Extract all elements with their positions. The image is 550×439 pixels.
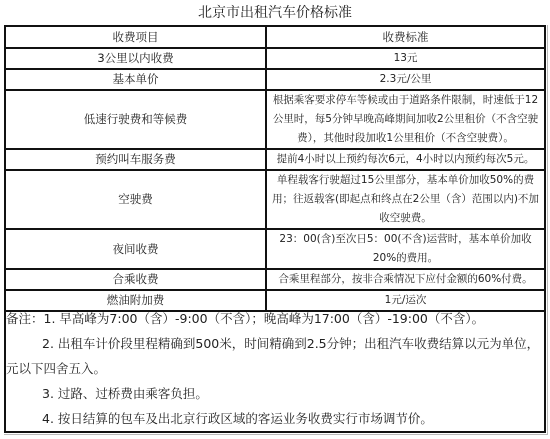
note-2: 2. 出租车计价段里程精确到500米，时间精确到2.5分钟；出租汽车收费结算以元…: [6, 331, 542, 356]
fee-item: 夜间收费: [5, 229, 266, 269]
note-4: 4. 按日结算的包车及出北京行政区域的客运业务收费实行市场调节价。: [6, 406, 542, 431]
note-1: 1. 早高峰为7:00（含）-9:00（不含）；晚高峰为17:00（含）-19:…: [44, 311, 485, 326]
fee-standard: 合乘里程部分，按非合乘情况下应付金额的60%付费。: [266, 269, 545, 290]
table-row: 预约叫车服务费 提前4小时以上预约每次6元，4小时以内预约每次5元。: [5, 149, 545, 170]
fee-item: 预约叫车服务费: [5, 149, 266, 170]
note-2-continued: 元以下四舍五入。: [6, 356, 542, 381]
fee-item: 3公里以内收费: [5, 48, 266, 69]
table-row: 夜间收费 23：00(含)至次日5：00(不含)运营时，基本单价加收20%的费用…: [5, 229, 545, 269]
note-3: 3. 过路、过桥费由乘客负担。: [6, 381, 542, 406]
fee-standard: 单程载客行驶超过15公里部分，基本单价加收50%的费用；往返载客(即起点和终点在…: [266, 170, 545, 229]
table-row: 空驶费 单程载客行驶超过15公里部分，基本单价加收50%的费用；往返载客(即起点…: [5, 170, 545, 229]
header-item: 收费项目: [5, 26, 266, 48]
table-row: 低速行驶费和等候费 根据乘客要求停车等候或由于道路条件限制，时速低于12公里时，…: [5, 90, 545, 149]
table-row: 3公里以内收费 13元: [5, 48, 545, 69]
table-header-row: 收费项目 收费标准: [5, 26, 545, 48]
fee-standard: 23：00(含)至次日5：00(不含)运营时，基本单价加收20%的费用。: [266, 229, 545, 269]
header-standard: 收费标准: [266, 26, 545, 48]
note-line: 备注：1. 早高峰为7:00（含）-9:00（不含）；晚高峰为17:00（含）-…: [6, 306, 542, 331]
table-row: 合乘收费 合乘里程部分，按非合乘情况下应付金额的60%付费。: [5, 269, 545, 290]
fee-standard: 提前4小时以上预约每次6元，4小时以内预约每次5元。: [266, 149, 545, 170]
fee-item: 低速行驶费和等候费: [5, 90, 266, 149]
fee-item: 空驶费: [5, 170, 266, 229]
notes-prefix: 备注：: [6, 311, 44, 326]
fee-standard: 2.3元/公里: [266, 69, 545, 90]
fee-item: 基本单价: [5, 69, 266, 90]
fee-standard: 根据乘客要求停车等候或由于道路条件限制，时速低于12公里时，每5分钟早晚高峰期间…: [266, 90, 545, 149]
table-row: 基本单价 2.3元/公里: [5, 69, 545, 90]
fee-standard: 13元: [266, 48, 545, 69]
page-title: 北京市出租汽车价格标准: [0, 3, 550, 23]
fee-table: 收费项目 收费标准 3公里以内收费 13元 基本单价 2.3元/公里 低速行驶费…: [4, 25, 546, 312]
notes-section: 备注：1. 早高峰为7:00（含）-9:00（不含）；晚高峰为17:00（含）-…: [6, 306, 542, 431]
fee-item: 合乘收费: [5, 269, 266, 290]
